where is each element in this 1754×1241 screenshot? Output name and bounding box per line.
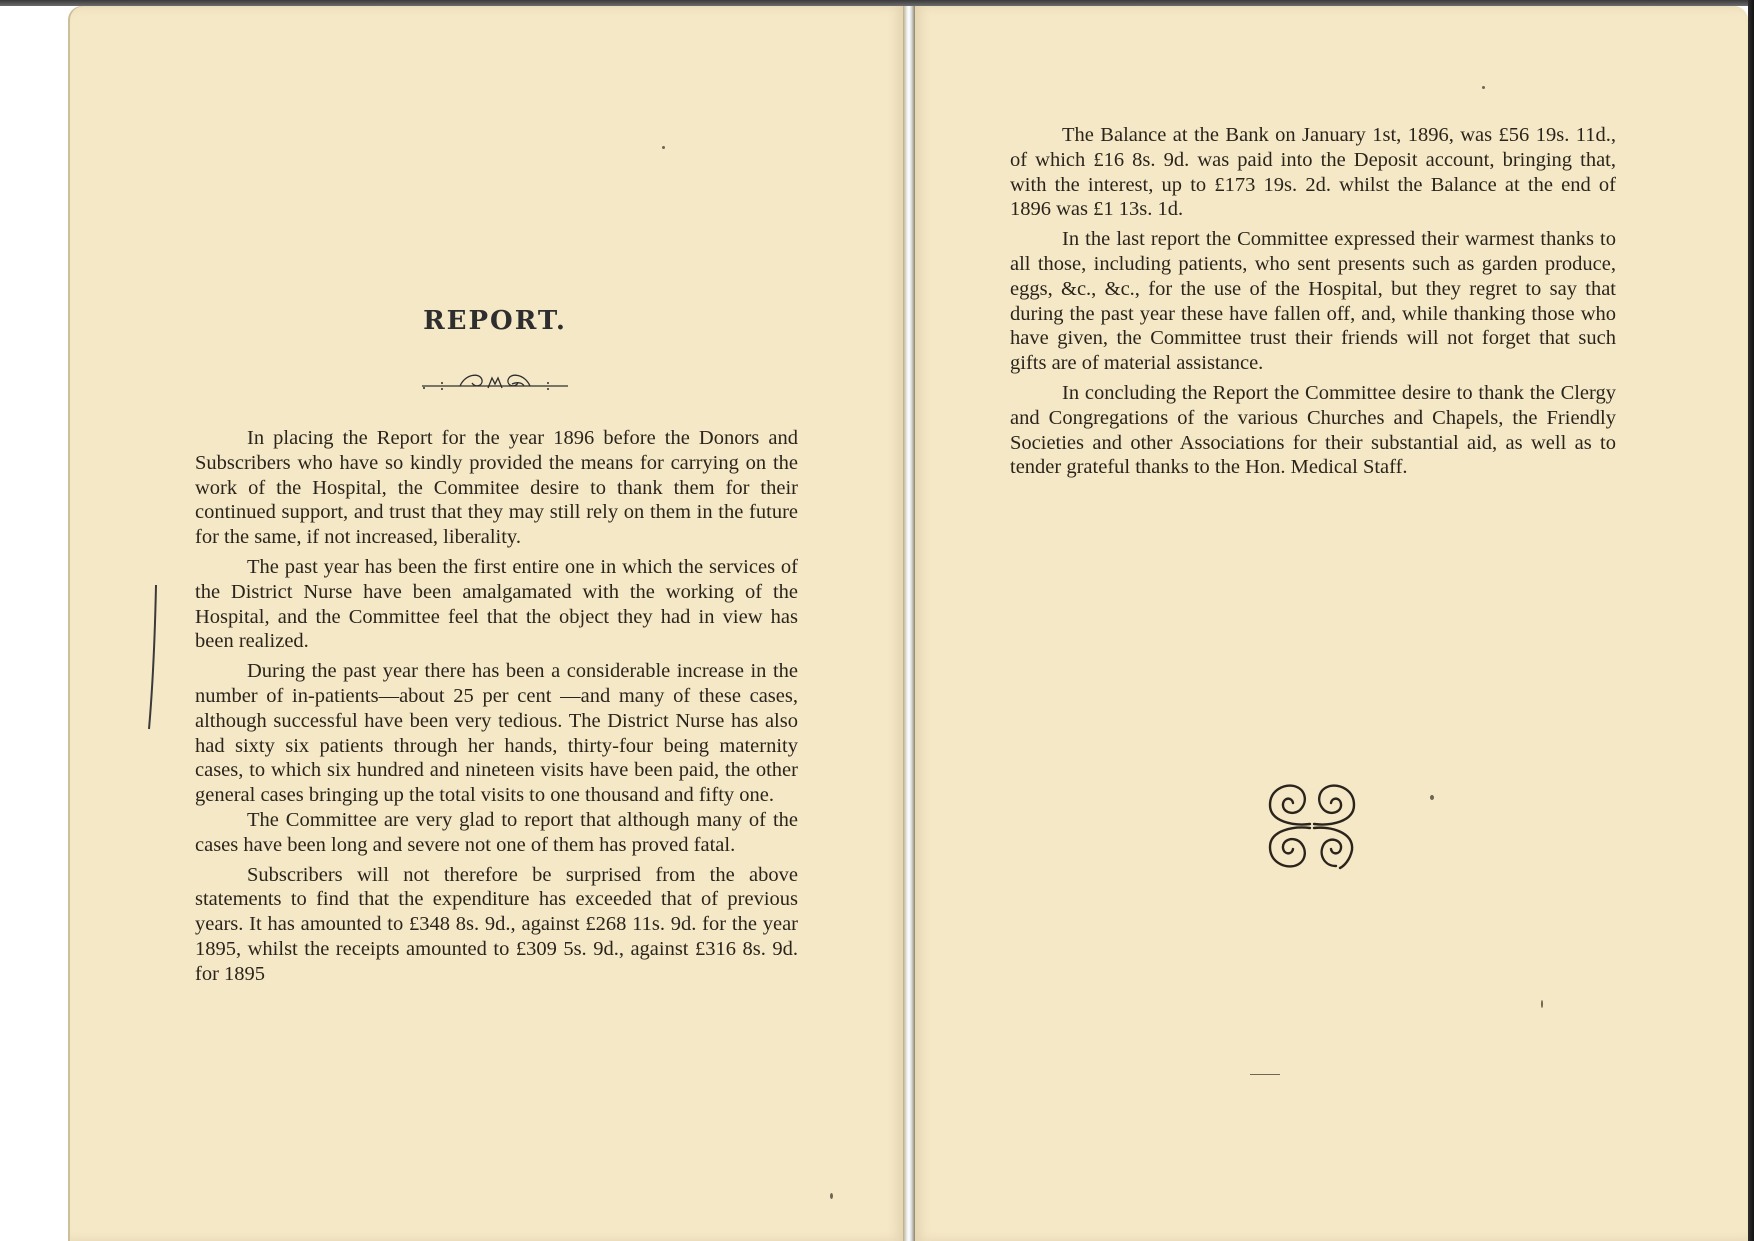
paragraph: The Balance at the Bank on January 1st, … [1010, 123, 1616, 222]
paper-speck [1541, 1000, 1543, 1008]
page-title: REPORT. [397, 306, 593, 336]
paper-speck [830, 1193, 833, 1199]
spiral-tailpiece-icon [1264, 780, 1360, 872]
pencil-margin-mark [145, 583, 159, 733]
paper-speck [1482, 86, 1485, 89]
flourish-divider-icon [420, 364, 570, 394]
paragraph: In concluding the Report the Committee d… [1010, 381, 1616, 480]
left-page-body: In placing the Report for the year 1896 … [195, 426, 798, 992]
right-page-body: The Balance at the Bank on January 1st, … [1010, 123, 1616, 485]
paper-speck [1430, 795, 1434, 800]
book-gutter [903, 6, 915, 1241]
cover-edge [1748, 0, 1754, 1241]
paragraph: Subscribers will not therefore be surpri… [195, 863, 798, 987]
paper-speck [662, 146, 665, 149]
paragraph: In the last report the Committee express… [1010, 227, 1616, 376]
paragraph: The Committee are very glad to report th… [195, 808, 798, 858]
paper-speck [1250, 1074, 1280, 1075]
paragraph: In placing the Report for the year 1896 … [195, 426, 798, 550]
paragraph: During the past year there has been a co… [195, 659, 798, 808]
paragraph: The past year has been the first entire … [195, 555, 798, 654]
